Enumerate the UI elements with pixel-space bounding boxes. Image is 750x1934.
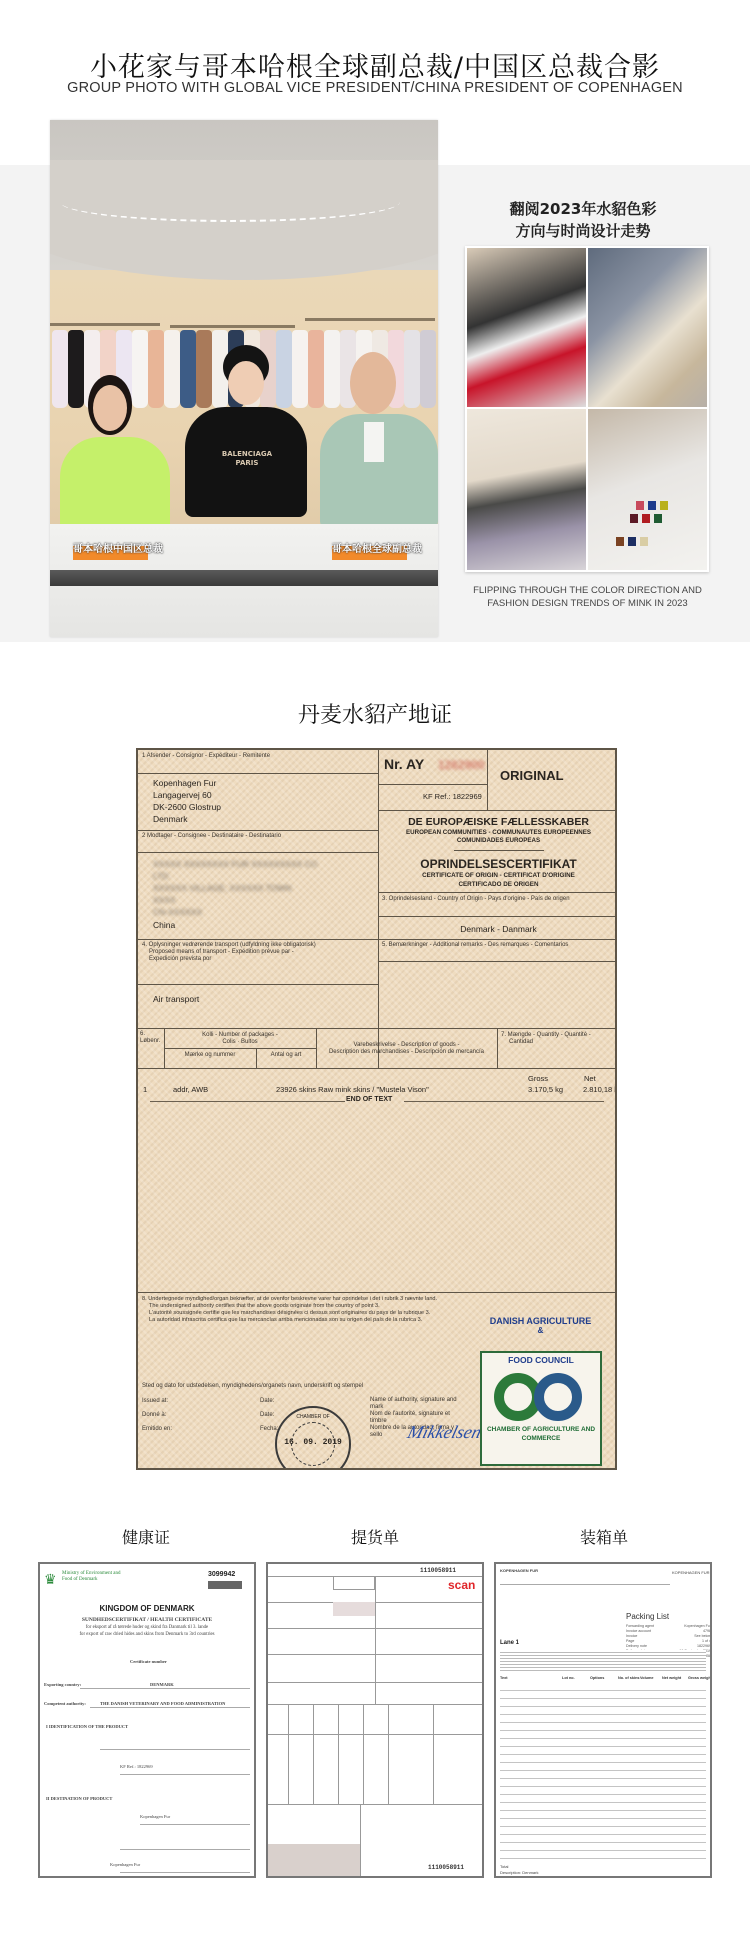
item-number-label: 6. Løbenr. xyxy=(140,1031,164,1045)
date-label: Date: xyxy=(260,1398,274,1404)
certificate-serial: 3099942 xyxy=(208,1571,235,1578)
certificate-number-label: Nr. AY xyxy=(384,756,424,772)
item-description: 23926 skins Raw mink skins / "Mustela Vi… xyxy=(276,1085,429,1094)
certification-statement: 8. Undertegnede myndighed/organ bekræfte… xyxy=(142,1296,437,1324)
crown-icon: ♛ xyxy=(44,1572,57,1589)
gross-weight: 3.170,5 kg xyxy=(528,1085,563,1094)
stamp-date: 16. 09. 2019 xyxy=(277,1438,349,1447)
clothes-rack xyxy=(170,325,295,328)
collage-photo-color-cards xyxy=(588,409,707,570)
original-mark: ORIGINAL xyxy=(500,768,564,783)
name-tag-china-president: 哥本哈根中国区总裁 xyxy=(73,546,148,560)
chamber-stamp: CHAMBER OF 16. 09. 2019 xyxy=(275,1406,351,1470)
marks-label: Mærke og nummer xyxy=(164,1052,256,1058)
kf-reference: KF Ref.: 1822969 xyxy=(423,792,482,801)
awb-number-top: 1110058911 xyxy=(420,1567,456,1574)
net-label: Net xyxy=(584,1074,596,1083)
kind-label: Antal og art xyxy=(256,1052,316,1058)
packing-list-column-header: No. of skins xyxy=(618,1676,640,1680)
health-certificate-label: 健康证 xyxy=(35,1525,257,1548)
collage-photo-samples-table xyxy=(467,248,586,407)
certificate-title: OPRINDELSESCERTIFIKAT xyxy=(378,857,617,871)
collage-photo-fabric xyxy=(467,409,586,570)
date-label-fr: Date: xyxy=(260,1412,274,1418)
country-of-origin-label: 3. Oprindelsesland - Country of Origin -… xyxy=(382,896,570,902)
table-edge xyxy=(50,570,438,586)
bill-of-lading-label: 提货单 xyxy=(264,1525,486,1548)
emitido-en-label: Emitido en: xyxy=(142,1426,172,1432)
packing-list-title: Packing List xyxy=(626,1612,669,1621)
consignor-address: Kopenhagen Fur Langagervej 60 DK-2600 Gl… xyxy=(153,777,221,825)
transport-means: Air transport xyxy=(153,994,199,1004)
photo-ceiling-lights xyxy=(60,182,400,222)
goods-description-label: Varebeskrivelse - Description of goods -… xyxy=(316,1042,497,1056)
packing-list: KOPENHAGEN FUR KOPENHAGEN FUR Packing Li… xyxy=(494,1562,712,1878)
health-certificate: ♛ Ministry of Environment and Food of De… xyxy=(38,1562,256,1878)
packing-list-rows xyxy=(500,1686,706,1862)
quantity-label: 7. Mængde - Quantity - Quantité - Cantid… xyxy=(501,1032,591,1046)
shirt-print: BALENCIAGA xyxy=(215,450,279,459)
seal-subtitle: FOOD COUNCIL xyxy=(482,1355,600,1365)
eu-title: DE EUROPÆISKE FÆLLESSKABER xyxy=(378,816,617,828)
ministry-name: Ministry of Environment and Food of Denm… xyxy=(62,1571,122,1583)
awb-number-bottom: 1110058911 xyxy=(428,1864,464,1871)
fecha-label: Fecha: xyxy=(260,1426,278,1432)
eu-subtitle: EUROPEAN COMMUNITIES - COMMUNAUTES EUROP… xyxy=(378,829,617,836)
scan-logo: scan xyxy=(448,1578,475,1592)
name-tag-global-vp: 哥本哈根全球副总裁 xyxy=(332,546,407,560)
certificate-number-redacted: 1262900 xyxy=(438,758,485,772)
packing-list-column-header: Gross weight xyxy=(688,1676,712,1680)
trends-caption: FLIPPING THROUGH THE COLOR DIRECTION AND… xyxy=(455,584,720,610)
kingdom-title: KINGDOM OF DENMARK xyxy=(40,1604,254,1613)
bill-of-lading: 1110058911 scan 1110058911 xyxy=(266,1562,484,1878)
transport-label: 4. Oplysninger vedrørende transport (udf… xyxy=(142,942,316,963)
packing-list-column-header: Lot no. xyxy=(562,1676,575,1680)
danish-agriculture-seal: DANISH AGRICULTURE & FOOD COUNCIL CHAMBE… xyxy=(478,1316,603,1466)
packing-list-column-header: Text xyxy=(500,1676,508,1680)
consignee-country: China xyxy=(153,920,175,930)
certificate-subtitle-es: CERTIFICADO DE ORIGEN xyxy=(378,881,617,888)
remarks-label: 5. Bemærkninger - Additional remarks - D… xyxy=(382,942,568,948)
item-number: 1 xyxy=(143,1085,147,1094)
hero-title: 小花家与哥本哈根全球副总裁/中国区总裁合影 xyxy=(0,45,750,84)
donne-a-label: Donné à: xyxy=(142,1412,166,1418)
trends-title: 翻阅2023年水貂色彩 方向与时尚设计走势 xyxy=(463,198,703,242)
consignee-label: 2 Modtager - Consignee - Destinataire - … xyxy=(142,833,281,839)
consignee-address-redacted: XXXXX XXXXXXXX FUR XXXXXXXXX COLTDXXXXXX… xyxy=(153,858,317,918)
hero-subtitle: GROUP PHOTO WITH GLOBAL VICE PRESIDENT/C… xyxy=(0,80,750,96)
lane-label: Lane 1 xyxy=(500,1640,519,1646)
packing-list-label: 装箱单 xyxy=(493,1525,715,1548)
seal-title: DANISH AGRICULTURE xyxy=(478,1316,603,1326)
packages-label: Kolli - Number of packages - Colis · Bul… xyxy=(164,1032,316,1046)
trends-collage xyxy=(465,246,709,572)
packing-list-columns: TextLot no.OptionsNo. of skinsVolumeNet … xyxy=(500,1676,710,1684)
group-photo: BALENCIAGA PARIS 哥本哈根中国区总裁 哥本哈根全球副总裁 xyxy=(50,120,438,637)
seal-ring-fodevarer xyxy=(534,1373,582,1421)
certificate-of-origin: 1 Afsender - Consignor - Expéditeur - Re… xyxy=(136,748,617,1470)
end-of-text: END OF TEXT xyxy=(346,1096,392,1103)
packing-list-column-header: Net weight xyxy=(662,1676,681,1680)
issued-at-label: Issued at: xyxy=(142,1398,168,1404)
consignor-label: 1 Afsender - Consignor - Expéditeur - Re… xyxy=(142,753,270,759)
place-date-label: Sted og dato for udstedelsen, myndighede… xyxy=(142,1383,363,1389)
packing-list-column-header: Volume xyxy=(640,1676,653,1680)
packing-list-logo: KOPENHAGEN FUR xyxy=(672,1570,710,1575)
eu-subtitle-es: COMUNIDADES EUROPEAS xyxy=(378,837,617,844)
item-marks: addr, AWB xyxy=(173,1085,208,1094)
health-cert-heading: SUNDHEDSCERTIFIKAT / HEALTH CERTIFICATE xyxy=(40,1617,254,1623)
net-weight: 2.810,18 kg xyxy=(583,1085,617,1094)
barcode xyxy=(208,1581,242,1589)
shirt-print: PARIS xyxy=(215,459,279,468)
seal-bottom-text: CHAMBER OF AGRICULTURE AND COMMERCE xyxy=(482,1425,600,1443)
country-of-origin: Denmark - Danmark xyxy=(378,924,617,934)
gross-label: Gross xyxy=(528,1074,548,1083)
signature: Mikkelsen xyxy=(405,1422,484,1443)
packing-list-column-header: Options xyxy=(590,1676,604,1680)
clothes-rack xyxy=(50,323,160,326)
certificate-subtitle: CERTIFICATE OF ORIGIN - CERTIFICAT D'ORI… xyxy=(378,872,617,879)
collage-photo-knit-samples xyxy=(588,248,707,407)
certificate-section-title: 丹麦水貂产地证 xyxy=(0,698,750,729)
clothes-rack xyxy=(305,318,435,321)
